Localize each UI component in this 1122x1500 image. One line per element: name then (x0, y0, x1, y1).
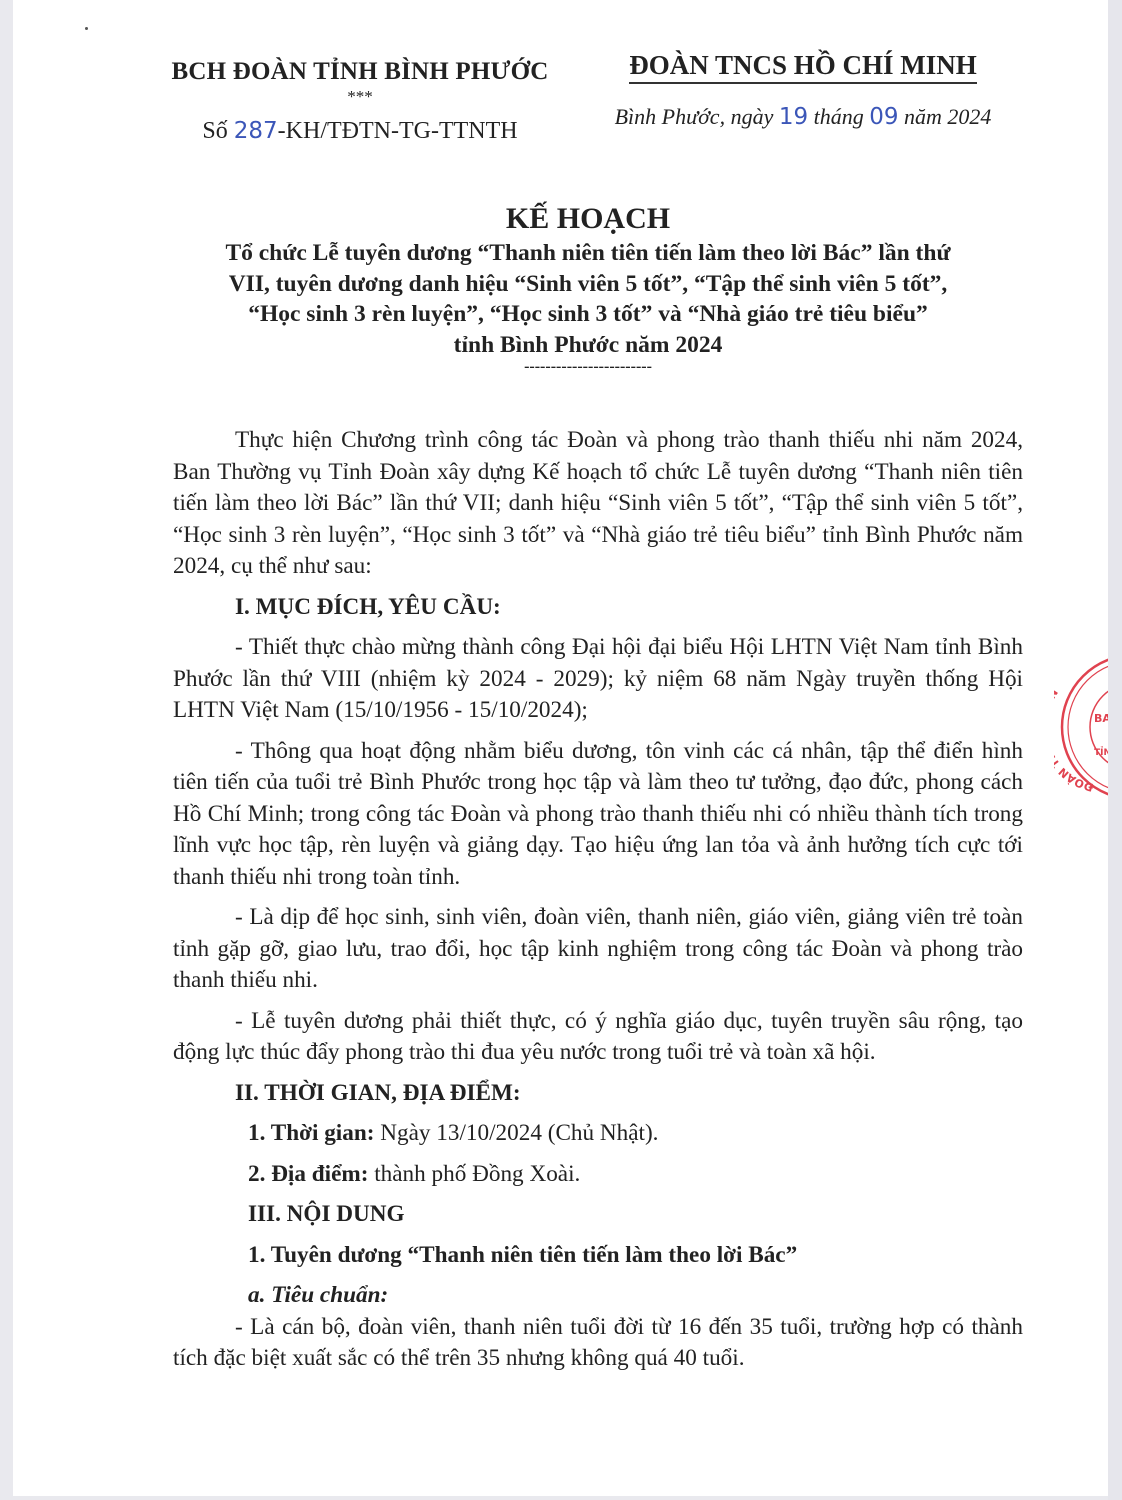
section-3-heading: III. NỘI DUNG (173, 1199, 1023, 1231)
parent-organization: ĐOÀN TNCS HỒ CHÍ MINH (629, 50, 977, 84)
date-day: 19 (779, 104, 808, 130)
header-stars: *** (163, 90, 557, 104)
purpose-item-1: - Thiết thực chào mừng thành công Đại hộ… (173, 632, 1023, 727)
section-1-heading: I. MỤC ĐÍCH, YÊU CẦU: (173, 592, 1023, 624)
place-value: thành phố Đồng Xoài. (368, 1161, 580, 1187)
purpose-item-2: - Thông qua hoạt động nhằm biểu dương, t… (173, 736, 1023, 894)
document-date: Bình Phước, ngày 19 tháng 09 năm 2024 (598, 104, 1008, 130)
doc-number-prefix: Số (202, 118, 233, 144)
title-line-1: Tổ chức Lễ tuyên dương “Thanh niên tiên … (163, 238, 1013, 269)
date-month: 09 (869, 104, 898, 130)
date-month-label: tháng (808, 104, 869, 129)
title-line-2: VII, tuyên dương danh hiệu “Sinh viên 5 … (163, 269, 1013, 300)
intro-paragraph: Thực hiện Chương trình công tác Đoàn và … (173, 425, 1023, 583)
date-year: năm 2024 (899, 104, 992, 129)
criteria-label: a. Tiêu chuẩn: (173, 1280, 1023, 1312)
title-divider: ------------------------ (163, 358, 1013, 376)
viewer-right-edge (1108, 0, 1122, 1500)
section-2-heading: II. THỜI GIAN, ĐỊA ĐIỂM: (173, 1078, 1023, 1110)
document-title: KẾ HOẠCH Tổ chức Lễ tuyên dương “Thanh n… (163, 200, 1013, 376)
header-left: BCH ĐOÀN TỈNH BÌNH PHƯỚC *** Số 287-KH/T… (163, 58, 557, 145)
document-body: Thực hiện Chương trình công tác Đoàn và … (173, 425, 1023, 1375)
header-right: ĐOÀN TNCS HỒ CHÍ MINH Bình Phước, ngày 1… (598, 50, 1008, 130)
subsection-1-prefix: 1. Tuyên dương (248, 1242, 408, 1268)
place-label: 2. Địa điểm: (248, 1161, 368, 1187)
document-page: BCH ĐOÀN TỈNH BÌNH PHƯỚC *** Số 287-KH/T… (13, 0, 1108, 1496)
title-line-3: “Học sinh 3 rèn luyện”, “Học sinh 3 tốt”… (163, 299, 1013, 330)
document-number: Số 287-KH/TĐTN-TG-TTNTH (163, 118, 557, 145)
subsection-1-title: “Thanh niên tiên tiến làm theo lời Bác” (408, 1242, 798, 1268)
doc-number-handwritten: 287 (234, 118, 278, 144)
time-line: 1. Thời gian: Ngày 13/10/2024 (Chủ Nhật)… (173, 1118, 1023, 1150)
criteria-text: - Là cán bộ, đoàn viên, thanh niên tuổi … (173, 1312, 1023, 1375)
subsection-1-heading: 1. Tuyên dương “Thanh niên tiên tiến làm… (173, 1240, 1023, 1272)
purpose-item-3: - Là dịp để học sinh, sinh viên, đoàn vi… (173, 902, 1023, 997)
place-line: 2. Địa điểm: thành phố Đồng Xoài. (173, 1159, 1023, 1191)
issuing-organization: BCH ĐOÀN TỈNH BÌNH PHƯỚC (163, 58, 557, 86)
doc-number-suffix: -KH/TĐTN-TG-TTNTH (278, 118, 518, 144)
date-prefix: Bình Phước, ngày (615, 104, 779, 129)
scan-speck (85, 27, 88, 30)
time-value: Ngày 13/10/2024 (Chủ Nhật). (374, 1120, 658, 1146)
title-line-4: tỉnh Bình Phước năm 2024 (163, 330, 1013, 361)
svg-text:ĐOÀN THANH NIÊN: ĐOÀN THANH NIÊN (1054, 687, 1095, 794)
title-main: KẾ HOẠCH (163, 200, 1013, 238)
time-label: 1. Thời gian: (248, 1120, 374, 1146)
purpose-item-4: - Lễ tuyên dương phải thiết thực, có ý n… (173, 1006, 1023, 1069)
